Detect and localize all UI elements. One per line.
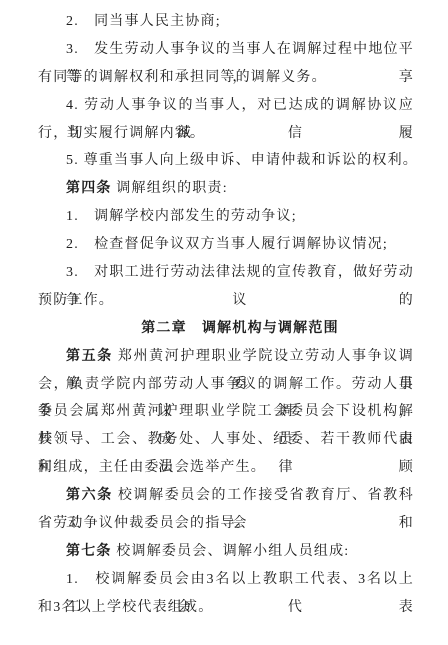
text-run: 行，切实履行调解内容。 — [38, 126, 205, 141]
text-line: 委员会属郑州黄河护理职业学院工会委员会下设机构，其成员由 — [38, 398, 414, 426]
text-line: 3. 发生劳动人事争议的当事人在调解过程中地位平等，享 — [38, 36, 414, 64]
heading-line: 第六条 校调解委员会的工作接受省教育厅、省教科工会和 — [38, 482, 414, 510]
document-body: 2. 同当事人民主协商;3. 发生劳动人事争议的当事人在调解过程中地位平等，享有… — [38, 8, 414, 622]
bold-run: 第二章 调解机构与调解范围 — [141, 321, 339, 336]
heading-line: 第四条 调解组织的职责: — [38, 175, 414, 203]
heading-line: 第二章 调解机构与调解范围 — [38, 315, 414, 343]
text-line: 2. 同当事人民主协商; — [38, 8, 414, 36]
document-page: 2. 同当事人民主协商;3. 发生劳动人事争议的当事人在调解过程中地位平等，享有… — [0, 0, 448, 645]
text-line: 校领导、工会、教务处、人事处、纪委、若干教师代表和法律顾 — [38, 426, 414, 454]
text-run: 问组成，主任由委员会选举产生。 — [38, 460, 266, 475]
text-run: 1. 调解学校内部发生的劳动争议; — [66, 209, 297, 224]
text-line: 1. 校调解委员会由3名以上教职工代表、3名以上工会代表 — [38, 566, 414, 594]
text-run: 2. 检查督促争议双方当事人履行调解协议情况; — [66, 237, 388, 252]
text-run: 和3名以上学校代表组成。 — [38, 600, 213, 615]
bold-run: 第四条 — [66, 181, 112, 196]
text-line: 1. 调解学校内部发生的劳动争议; — [38, 203, 414, 231]
text-run: 预防工作。 — [38, 293, 114, 308]
bold-run: 第六条 — [66, 488, 113, 503]
heading-line: 第五条 郑州黄河护理职业学院设立劳动人事争议调解委员 — [38, 343, 414, 371]
text-run: 2. 同当事人民主协商; — [66, 14, 221, 29]
text-run: 有同等的调解权利和承担同等的调解义务。 — [38, 70, 327, 85]
heading-line: 第七条 校调解委员会、调解小组人员组成: — [38, 538, 414, 566]
text-run: 5. 尊重当事人向上级申诉、申请仲裁和诉讼的权利。 — [66, 153, 418, 168]
text-line: 2. 检查督促争议双方当事人履行调解协议情况; — [38, 231, 414, 259]
text-line: 5. 尊重当事人向上级申诉、申请仲裁和诉讼的权利。 — [38, 147, 414, 175]
text-run: 调解组织的职责: — [112, 181, 228, 196]
bold-run: 第七条 — [66, 544, 112, 559]
text-line: 3. 对职工进行劳动法律法规的宣传教育，做好劳动争议的 — [38, 259, 414, 287]
text-run: 校调解委员会、调解小组人员组成: — [112, 544, 350, 559]
text-line: 会，负责学院内部劳动人事争议的调解工作。劳动人事争议调解 — [38, 371, 414, 399]
bold-run: 第五条 — [66, 349, 113, 364]
text-run: 省劳动争议仲裁委员会的指导。 — [38, 516, 251, 531]
text-line: 4. 劳动人事争议的当事人，对已达成的调解协议应当诚信履 — [38, 92, 414, 120]
text-run: 3. 对职工进行劳动法律法规的宣传教育，做好劳动争议的 — [66, 265, 414, 308]
